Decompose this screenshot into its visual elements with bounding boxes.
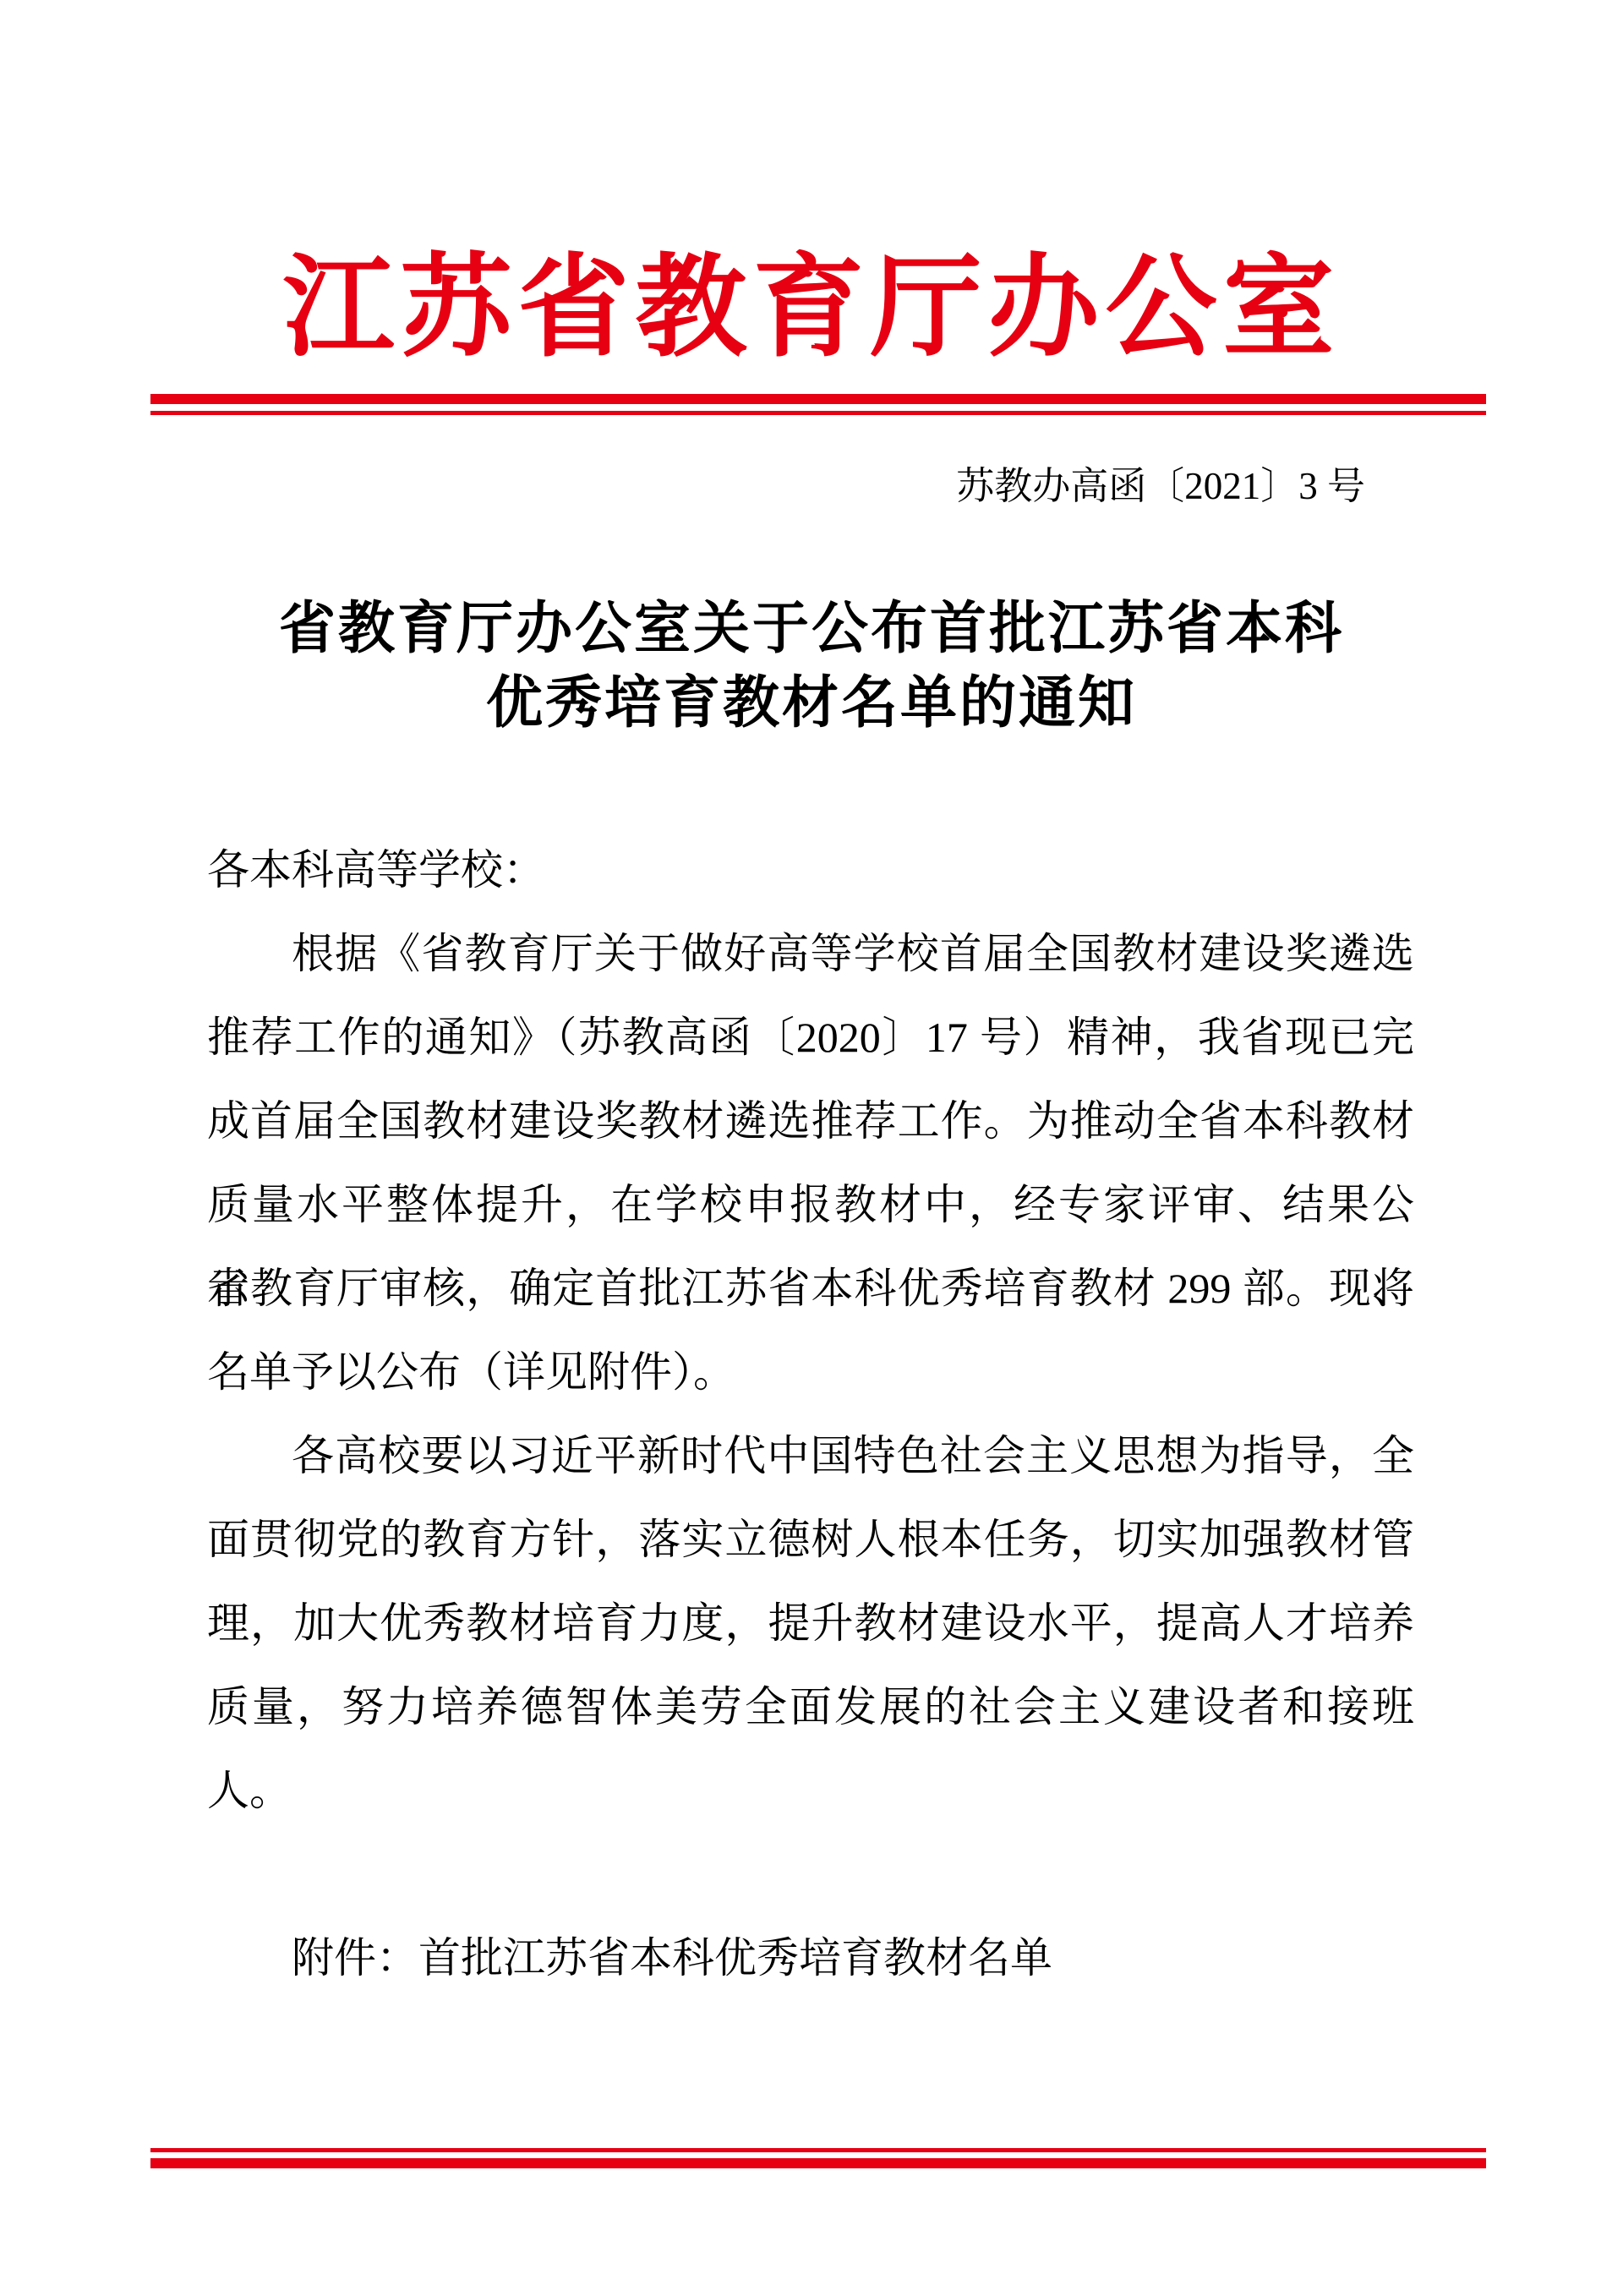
footer-divider-thin <box>150 2148 1486 2152</box>
body-line: 名单予以公布（详见附件）。 <box>207 1331 1414 1414</box>
doc-number: 苏教办高函〔2021〕3 号 <box>956 465 1365 507</box>
body-line: 省教育厅审核，确定首批江苏省本科优秀培育教材 299 部。现将 <box>207 1247 1414 1331</box>
notice-title: 省教育厅办公室关于公布首批江苏省本科 优秀培育教材名单的通知 <box>0 592 1623 741</box>
header-divider-thick <box>150 394 1486 404</box>
masthead-title: 江苏省教育厅办公室 <box>0 250 1623 367</box>
body-line: 质量，努力培养德智体美劳全面发展的社会主义建设者和接班 <box>207 1665 1414 1749</box>
body-line: 成首届全国教材建设奖教材遴选推荐工作。为推动全省本科教材 <box>207 1080 1414 1163</box>
body-line: 面贯彻党的教育方针，落实立德树人根本任务，切实加强教材管 <box>207 1498 1414 1582</box>
body-line: 理，加大优秀教材培育力度，提升教材建设水平，提高人才培养 <box>207 1582 1414 1665</box>
notice-title-line-1: 省教育厅办公室关于公布首批江苏省本科 <box>0 592 1623 666</box>
footer-divider-thick <box>150 2158 1486 2168</box>
header-divider-thin <box>150 411 1486 415</box>
body-line: 人。 <box>207 1749 1414 1833</box>
body-line: 推荐工作的通知》（苏教高函〔2020〕17 号）精神，我省现已完 <box>207 996 1414 1080</box>
body-line: 根据《省教育厅关于做好高等学校首届全国教材建设奖遴选 <box>207 912 1414 996</box>
body-line: 各高校要以习近平新时代中国特色社会主义思想为指导，全 <box>207 1414 1414 1498</box>
notice-title-line-2: 优秀培育教材名单的通知 <box>0 666 1623 741</box>
attachment-line: 附件：首批江苏省本科优秀培育教材名单 <box>207 1916 1414 2000</box>
body-text: 各本科高等学校： 根据《省教育厅关于做好高等学校首届全国教材建设奖遴选 推荐工作… <box>207 828 1414 1833</box>
body-line: 质量水平整体提升，在学校申报教材中，经专家评审、结果公示、 <box>207 1163 1414 1247</box>
document-page: 江苏省教育厅办公室 苏教办高函〔2021〕3 号 省教育厅办公室关于公布首批江苏… <box>0 0 1623 2296</box>
body-line-salutation: 各本科高等学校： <box>207 828 1414 912</box>
